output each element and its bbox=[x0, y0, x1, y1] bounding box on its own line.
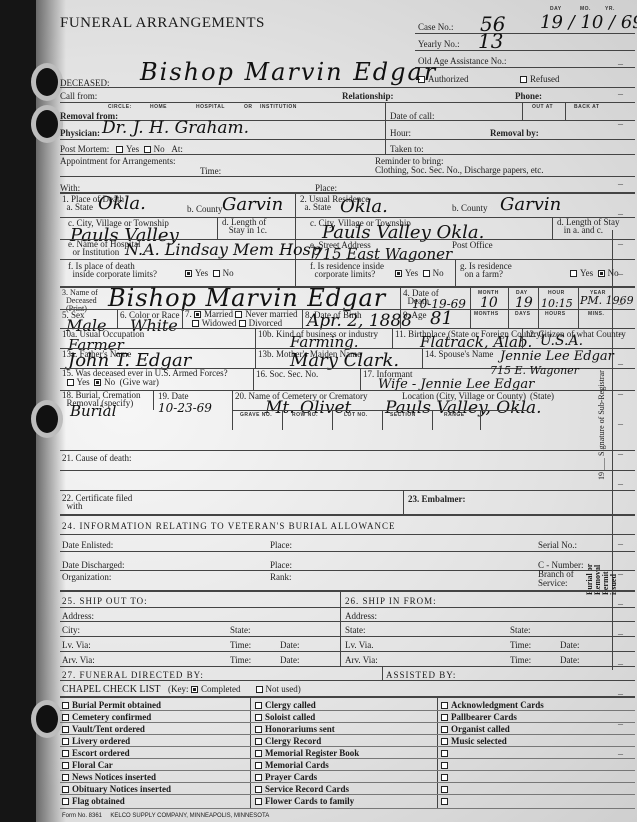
checklist-item[interactable]: Pallbearer Cards bbox=[441, 712, 517, 722]
checklist-item[interactable]: Music selected bbox=[441, 736, 507, 746]
post-mortem-no-checkbox[interactable] bbox=[144, 146, 151, 153]
farm-yes-checkbox[interactable] bbox=[570, 270, 577, 277]
armed-no-checkbox[interactable] bbox=[94, 379, 101, 386]
checklist-item[interactable]: Memorial Register Book bbox=[255, 748, 359, 758]
checklist-item[interactable] bbox=[441, 760, 451, 770]
checklist-item[interactable]: Soloist called bbox=[255, 712, 315, 722]
checklist-item[interactable] bbox=[441, 784, 451, 794]
refused-checkbox[interactable] bbox=[520, 76, 527, 83]
punch-hole bbox=[36, 705, 58, 733]
death-hospital[interactable]: N.A. Lindsay Mem Hosp bbox=[125, 240, 321, 259]
sub-registrar-signature-label: 19 ___ Signature of Sub-Registrar bbox=[597, 370, 606, 480]
checklist-item[interactable]: Floral Car bbox=[62, 760, 113, 770]
residence-county[interactable]: Garvin bbox=[500, 194, 561, 215]
checklist-title: CHAPEL CHECK LIST bbox=[62, 684, 161, 695]
physician-name[interactable]: Dr. J. H. Graham. bbox=[102, 118, 249, 138]
margin-ticks: –––––––––––––––––––––––– bbox=[618, 50, 626, 770]
death-limits-no-checkbox[interactable] bbox=[213, 270, 220, 277]
checklist-item[interactable]: Honorariums sent bbox=[255, 724, 335, 734]
checklist-item[interactable]: Livery ordered bbox=[62, 736, 130, 746]
post-mortem-yes-checkbox[interactable] bbox=[116, 146, 123, 153]
citizenship[interactable]: U.S.A. bbox=[540, 333, 583, 349]
punch-hole bbox=[36, 68, 58, 96]
checklist-item[interactable]: Acknowledgment Cards bbox=[441, 700, 544, 710]
binder-edge bbox=[0, 0, 36, 822]
veteran-section-heading: 24. INFORMATION RELATING TO VETERAN'S BU… bbox=[62, 521, 396, 531]
checklist-item[interactable]: Prayer Cards bbox=[255, 772, 317, 782]
married-checkbox[interactable] bbox=[194, 311, 201, 318]
residence-limits-yes-checkbox[interactable] bbox=[395, 270, 402, 277]
publisher: KELCO SUPPLY COMPANY, MINNEAPOLIS, MINNE… bbox=[110, 813, 269, 819]
checklist-item[interactable] bbox=[441, 772, 451, 782]
farm-no-checkbox[interactable] bbox=[598, 270, 605, 277]
checklist-item[interactable]: Clergy called bbox=[255, 700, 316, 710]
checklist-item[interactable]: Cemetery confirmed bbox=[62, 712, 151, 722]
checklist-item[interactable]: Memorial Cards bbox=[255, 760, 329, 770]
deceased-printed-name[interactable]: Bishop Marvin Edgar bbox=[108, 284, 386, 312]
death-county[interactable]: Garvin bbox=[222, 194, 283, 215]
checklist-item[interactable]: Obituary Notices inserted bbox=[62, 784, 171, 794]
checklist-item[interactable] bbox=[441, 796, 451, 806]
checklist-item[interactable]: Flower Cards to family bbox=[255, 796, 354, 806]
key-completed-icon bbox=[191, 686, 198, 693]
spouse-name[interactable]: Jennie Lee Edgar bbox=[500, 349, 614, 364]
checklist-item[interactable]: Vault/Tent ordered bbox=[62, 724, 145, 734]
death-limits-yes-checkbox[interactable] bbox=[185, 270, 192, 277]
burial-permit-label: Burial or Removal Permit issued bbox=[586, 555, 618, 595]
residence-limits-no-checkbox[interactable] bbox=[423, 270, 430, 277]
residence-state[interactable]: Okla. bbox=[340, 196, 388, 217]
checklist-item[interactable]: Escort ordered bbox=[62, 748, 130, 758]
checklist-item[interactable]: News Notices inserted bbox=[62, 772, 156, 782]
punch-hole bbox=[36, 405, 58, 433]
checklist-item[interactable]: Organist called bbox=[441, 724, 510, 734]
disposition[interactable]: Burial bbox=[70, 402, 116, 420]
disposition-date[interactable]: 10-23-69 bbox=[158, 401, 212, 415]
checklist-item[interactable]: Service Record Cards bbox=[255, 784, 349, 794]
death-year[interactable]: PM. 1969 bbox=[580, 294, 634, 307]
age[interactable]: 81 bbox=[430, 308, 453, 329]
form-number: Form No. 8361 bbox=[62, 813, 102, 819]
checklist-item[interactable] bbox=[441, 748, 451, 758]
form-title: FUNERAL ARRANGEMENTS bbox=[60, 15, 265, 32]
scanned-page: –––––––––––––––––––––––– 19 ___ Signatur… bbox=[0, 0, 637, 822]
punch-hole bbox=[36, 110, 58, 138]
widowed-checkbox[interactable] bbox=[192, 320, 199, 327]
deceased-name[interactable]: Bishop Marvin Edgar bbox=[140, 58, 437, 86]
checklist-item[interactable]: Burial Permit obtained bbox=[62, 700, 161, 710]
checklist-item[interactable]: Clergy Record bbox=[255, 736, 321, 746]
case-date[interactable]: 19 / 10 / 69 bbox=[540, 12, 637, 33]
checklist-item[interactable]: Flag obtained bbox=[62, 796, 125, 806]
armed-yes-checkbox[interactable] bbox=[67, 379, 74, 386]
death-state[interactable]: Okla. bbox=[98, 193, 146, 214]
divorced-checkbox[interactable] bbox=[239, 320, 246, 327]
key-not-used-icon bbox=[256, 686, 263, 693]
funeral-form: FUNERAL ARRANGEMENTS DAY MO. YR. Case No… bbox=[60, 0, 580, 822]
informant-address[interactable]: 715 E. Wagoner bbox=[490, 364, 579, 377]
